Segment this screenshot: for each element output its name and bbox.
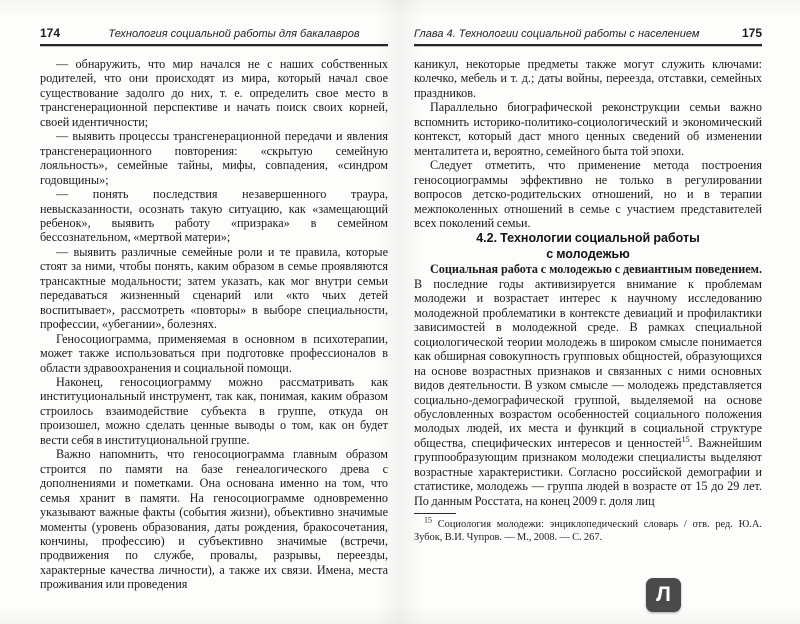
right-running-head: Глава 4. Технологии социальной работы с …: [414, 26, 762, 41]
section-heading-line1: 4.2. Технологии социальной работы: [476, 231, 700, 245]
paragraph: каникул, некоторые предметы также могут …: [414, 57, 762, 100]
left-running-head-title: Технология социальной работы для бакалав…: [100, 28, 388, 40]
paragraph: Наконец, геносоциограмму можно рассматри…: [40, 375, 388, 447]
left-page: 174 Технология социальной работы для бак…: [40, 26, 388, 592]
left-page-body: — обнаружить, что мир начался не с наших…: [40, 57, 388, 592]
paragraph: Важно напомнить, что геносоциограмма гла…: [40, 447, 388, 592]
book-spread: 174 Технология социальной работы для бак…: [0, 0, 800, 624]
right-page-body: каникул, некоторые предметы также могут …: [414, 57, 762, 545]
labirint-watermark-badge: Л: [646, 578, 681, 612]
paragraph: — выявить различные семейные роли и те п…: [40, 245, 388, 332]
paragraph: Параллельно биографической реконструкции…: [414, 100, 762, 158]
paragraph: Геносоциограмма, применяемая в основном …: [40, 332, 388, 375]
labirint-letter: Л: [656, 583, 671, 607]
right-running-head-title: Глава 4. Технологии социальной работы с …: [414, 28, 712, 40]
right-page-number: 175: [712, 26, 762, 40]
right-header-rule: [414, 44, 762, 46]
paragraph: — понять последствия незавершенного трау…: [40, 187, 388, 245]
left-page-number: 174: [40, 26, 100, 40]
right-page-paragraphs-top: каникул, некоторые предметы также могут …: [414, 57, 762, 230]
right-page: Глава 4. Технологии социальной работы с …: [414, 26, 762, 545]
footnote-body: Социология молодежи: энциклопедический с…: [414, 519, 762, 543]
footnote-text: 15 Социология молодежи: энциклопедически…: [414, 518, 762, 544]
paragraph-text: В последние годы активизируется внимание…: [414, 277, 762, 450]
footnote-marker: 15: [424, 516, 432, 525]
section-heading-line2: с молодежью: [546, 247, 630, 261]
paragraph: Следует отметить, что применение метода …: [414, 158, 762, 230]
paragraph: — выявить процессы трансгенерационной пе…: [40, 129, 388, 187]
paragraph-bold-lead: Социальная работа с молодежью с девиантн…: [430, 262, 762, 276]
paragraph: Социальная работа с молодежью с девиантн…: [414, 262, 762, 508]
footnote-block: 15 Социология молодежи: энциклопедически…: [414, 513, 762, 544]
left-running-head: 174 Технология социальной работы для бак…: [40, 26, 388, 41]
footnote-entry: 15 Социология молодежи: энциклопедически…: [414, 518, 762, 544]
left-header-rule: [40, 44, 388, 46]
footnote-rule: [414, 513, 456, 514]
section-heading: 4.2. Технологии социальной работыс молод…: [414, 230, 762, 262]
paragraph: — обнаружить, что мир начался не с наших…: [40, 57, 388, 129]
footnote-reference: 15: [682, 435, 690, 444]
